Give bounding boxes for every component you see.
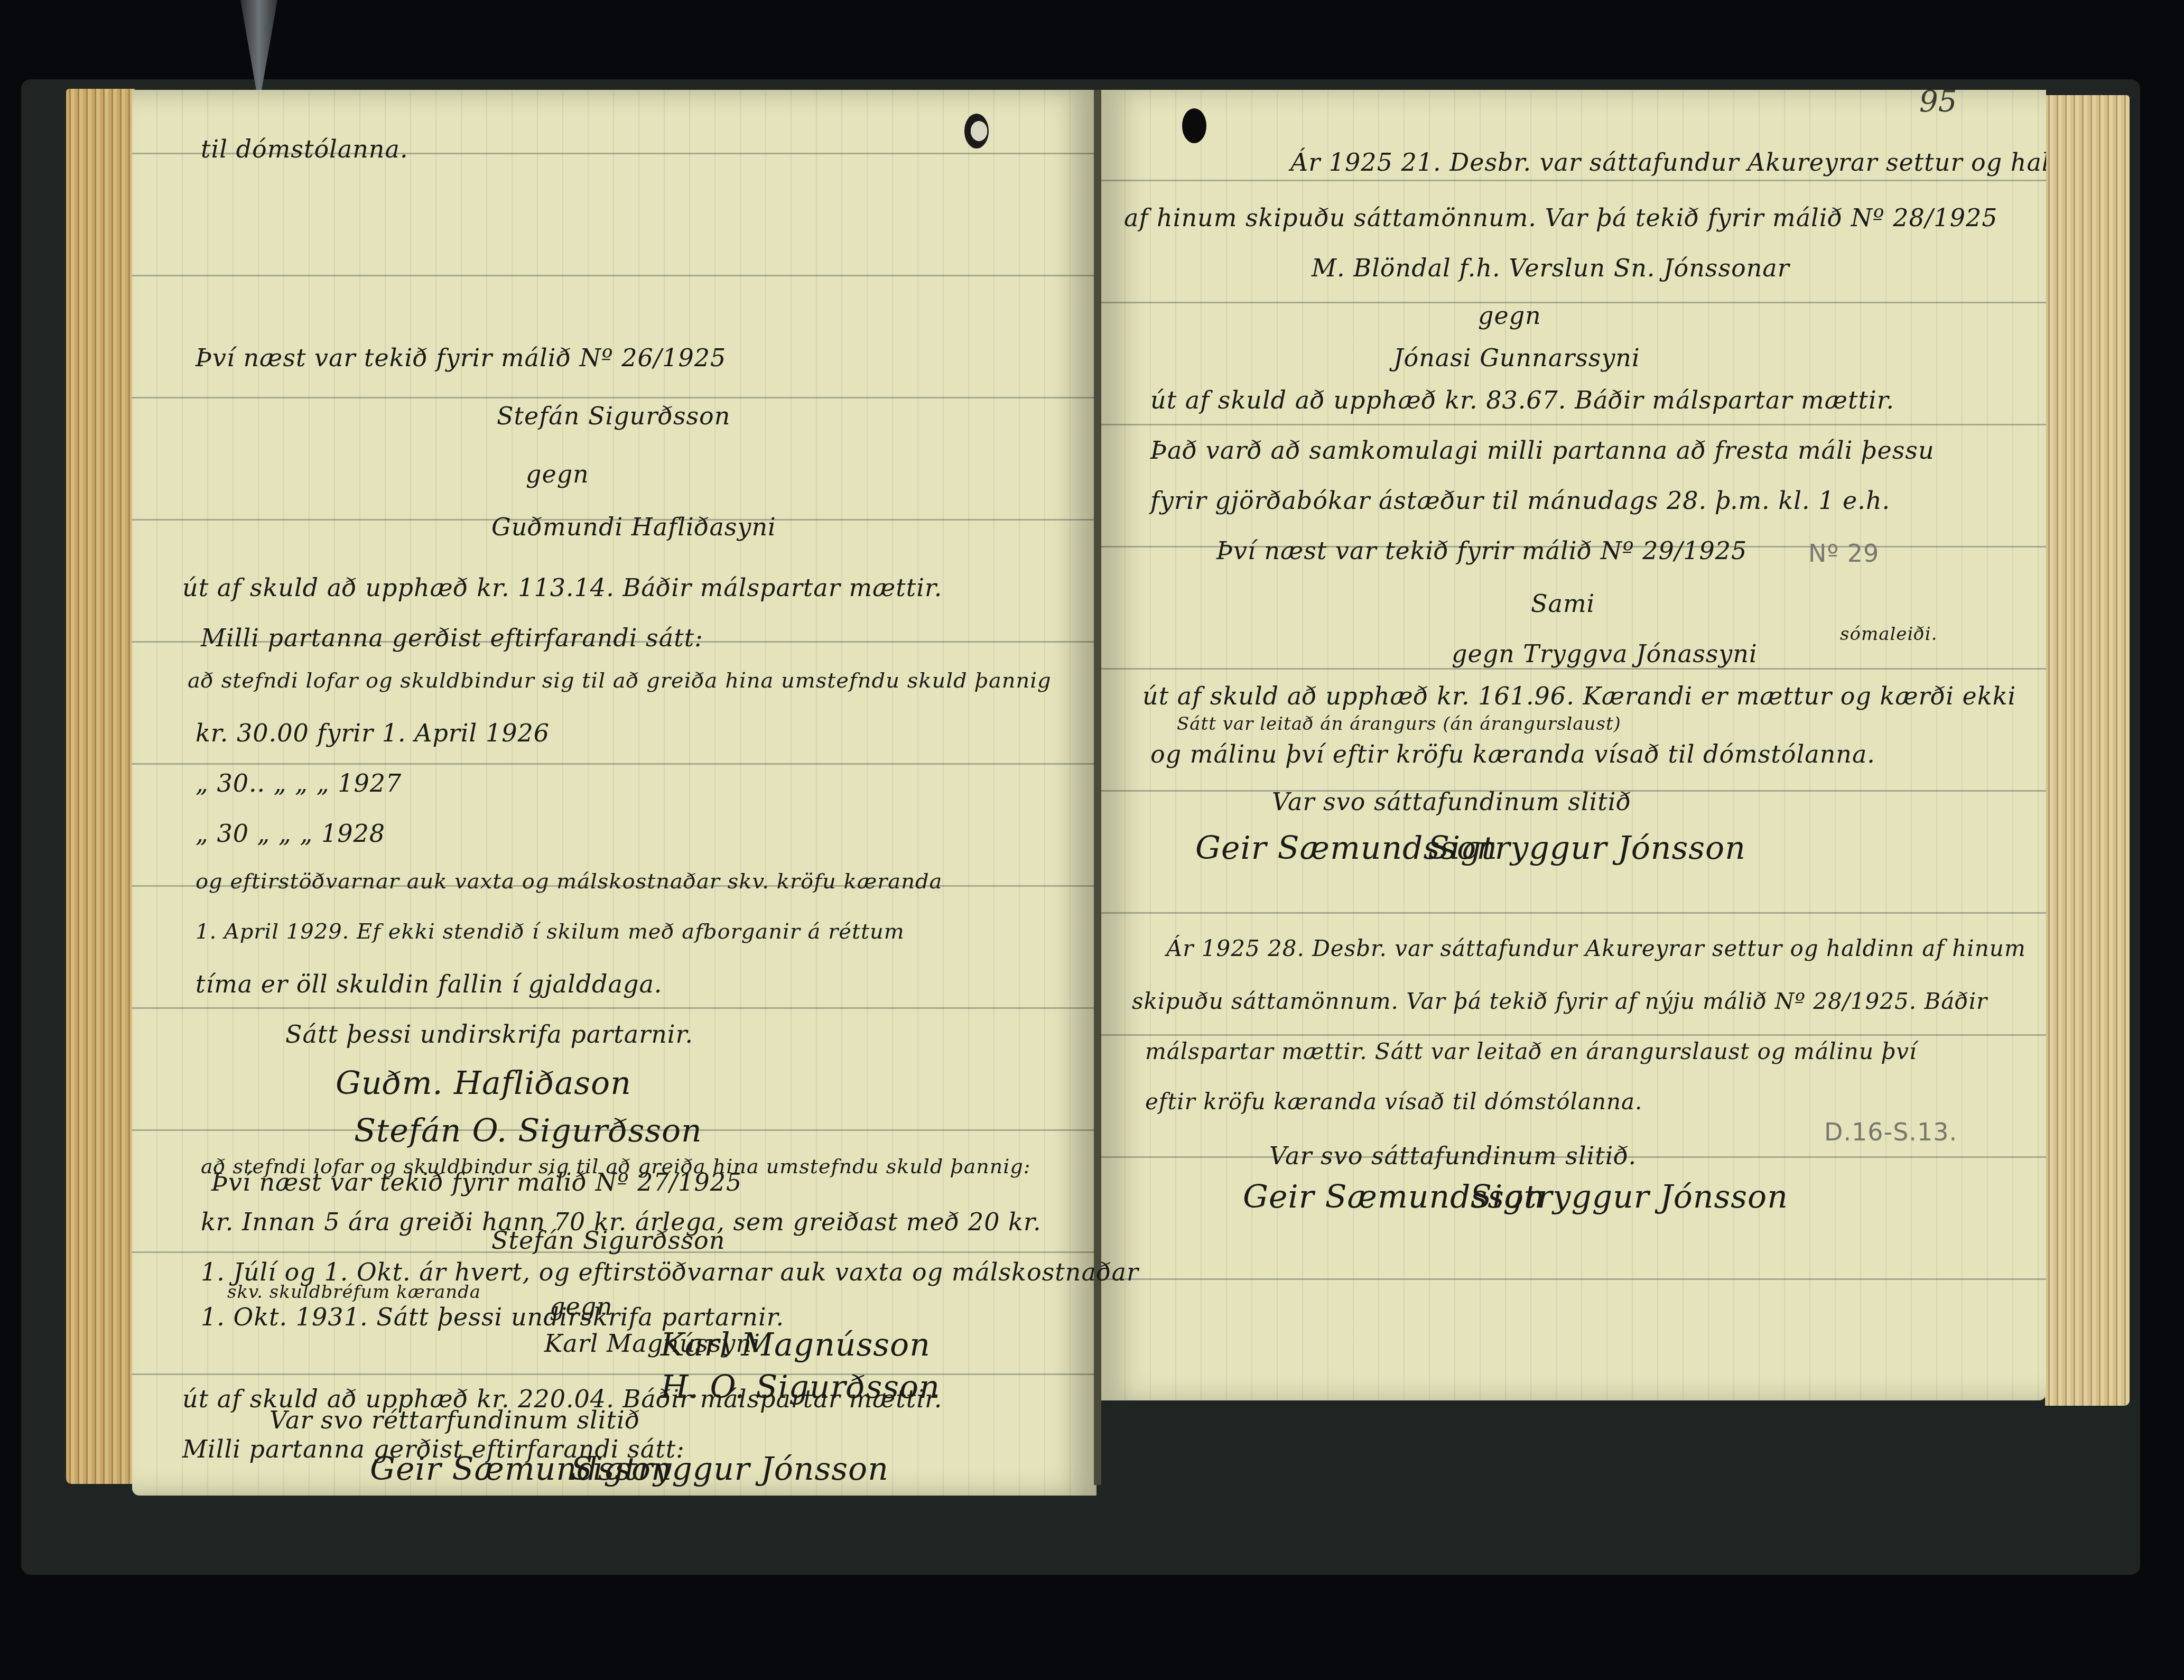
text-line: eftir kröfu kæranda vísað til dómstólann…: [1145, 1089, 1642, 1115]
text-line: út af skuld að upphæð kr. 161.96. Kærand…: [1142, 682, 2016, 710]
text-line: út af skuld að upphæð kr. 83.67. Báðir m…: [1150, 386, 1894, 414]
closing-line: Var svo réttarfundinum slitið: [269, 1406, 640, 1434]
payment-schedule-row: „ 30.. „ „ „ 1927: [196, 769, 402, 797]
signature: Guðm. Hafliðason: [336, 1065, 631, 1102]
text-line: skipuðu sáttamönnum. Var þá tekið fyrir …: [1132, 988, 1987, 1014]
versus-label: gegn: [1478, 301, 1541, 330]
plaintiff-name: Stefán Sigurðsson: [497, 402, 730, 430]
payment-schedule-row: „ 30 „ „ „ 1928: [196, 819, 385, 848]
text-line: málspartar mættir. Sátt var leitað en ár…: [1145, 1038, 1917, 1064]
punch-hole-icon: [964, 114, 989, 148]
text-line: og málinu því eftir kröfu kæranda vísað …: [1150, 740, 1875, 768]
plaintiff-name: Sami: [1531, 589, 1595, 618]
interlinear-note: skv. skuldbréfum kæranda: [227, 1282, 481, 1303]
defendant-name: Jónasi Gunnarssyni: [1393, 344, 1640, 372]
text-line: til dómstólanna.: [201, 135, 408, 163]
left-fore-edge: [66, 89, 135, 1484]
case-heading: Því næst var tekið fyrir málið Nº 26/192…: [196, 344, 726, 372]
text-line: 1. April 1929. Ef ekki stendið í skilum …: [196, 920, 905, 944]
signature: Stefán O. Sigurðsson: [354, 1112, 702, 1149]
text-line: kr. Innan 5 ára greiði hann 70 kr. árleg…: [201, 1208, 1042, 1236]
page-number: 95: [1919, 90, 1957, 119]
text-line: að stefndi lofar og skuldbindur sig til …: [201, 1155, 1031, 1178]
session-heading: Ár 1925 28. Desbr. var sáttafundur Akure…: [1166, 935, 2026, 961]
signature: Sigtryggur Jónsson: [571, 1451, 889, 1488]
interlinear-note: Sátt var leitað án árangurs (án árangurs…: [1177, 713, 1621, 735]
punch-hole-icon: [1182, 108, 1206, 143]
defendant-name: gegn Tryggva Jónassyni: [1452, 639, 1758, 668]
text-line: fyrir gjörðabókar ástæður til mánudags 2…: [1150, 486, 1890, 515]
signature: H. O. Sigurðsson: [661, 1369, 940, 1406]
marginal-note: sómaleiði.: [1840, 624, 1937, 645]
text-line: Sátt þessi undirskrifa partarnir.: [285, 1020, 693, 1048]
closing-line: Var svo sáttafundinum slitið: [1272, 787, 1631, 816]
text-line: út af skuld að upphæð kr. 113.14. Báðir …: [182, 573, 942, 602]
payment-schedule-row: kr. 30.00 fyrir 1. April 1926: [196, 719, 550, 747]
text-line: Milli partanna gerðist eftirfarandi sátt…: [201, 624, 703, 652]
text-line: af hinum skipuðu sáttamönnum. Var þá tek…: [1124, 203, 1997, 232]
versus-label: gegn: [526, 460, 589, 488]
right-fore-edge: [2045, 95, 2130, 1406]
signature: Sigtryggur Jónsson: [1470, 1178, 1788, 1215]
pencil-annotation: D.16-S.13.: [1824, 1118, 1957, 1146]
signature: Karl Magnússon: [661, 1326, 931, 1363]
text-line: tíma er öll skuldin fallin í gjalddaga.: [196, 970, 663, 998]
signature: Sigtryggur Jónsson: [1428, 830, 1746, 867]
text-line: Það varð að samkomulagi milli partanna a…: [1150, 436, 1935, 465]
text-line: að stefndi lofar og skuldbindur sig til …: [188, 669, 1052, 693]
pencil-annotation: Nº 29: [1808, 539, 1879, 568]
plaintiff-name: M. Blöndal f.h. Verslun Sn. Jónssonar: [1312, 254, 1790, 282]
text-line: og eftirstöðvarnar auk vaxta og málskost…: [196, 869, 942, 894]
session-heading: Ár 1925 21. Desbr. var sáttafundur Akure…: [1290, 148, 2046, 177]
case-heading: Því næst var tekið fyrir málið Nº 29/192…: [1216, 536, 1747, 565]
closing-line: Var svo sáttafundinum slitið.: [1269, 1141, 1637, 1170]
right-page: 95 Ár 1925 21. Desbr. var sáttafundur Ak…: [1100, 90, 2046, 1400]
defendant-name: Guðmundi Hafliðasyni: [491, 513, 776, 541]
